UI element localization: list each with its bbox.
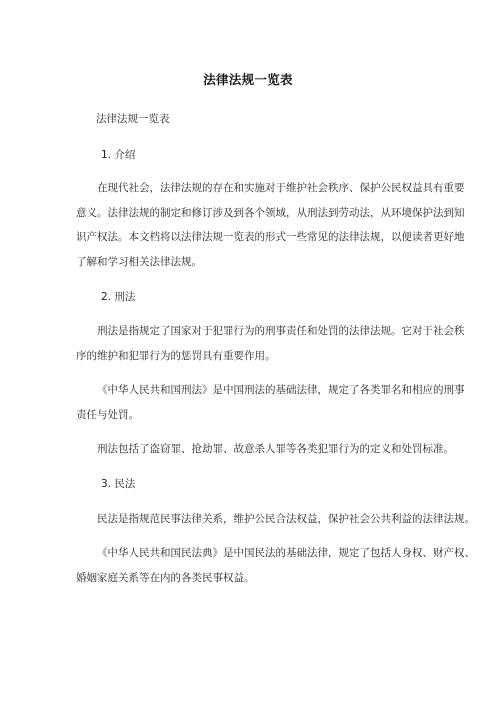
paragraph-line: 婚姻家庭关系等在内的各类民事权益。: [76, 571, 255, 585]
paragraph-line: 序的维护和犯罪行为的惩罚具有重要作用。: [76, 349, 276, 363]
document-page: 法律法规一览表 法律法规一览表 1. 介绍 在现代社会，法律法规的存在和实施对于…: [0, 0, 496, 702]
document-subtitle: 法律法规一览表: [96, 112, 170, 126]
paragraph-line: 责任与处罚。: [76, 408, 139, 422]
section-heading-introduction: 1. 介绍: [101, 148, 135, 162]
paragraph-line: 《中华人民共和国刑法》是中国刑法的基础法律，规定了各类罪名和相应的刑事: [97, 383, 465, 397]
paragraph-line: 识产权法。本文档将以法律法规一览表的形式一些常见的法律法规，以便读者更好地: [76, 230, 465, 244]
paragraph-line: 《中华人民共和国民法典》是中国民法的基础法律，规定了包括人身权、财产权、: [97, 546, 475, 560]
paragraph-line: 了解和学习相关法律法规。: [76, 255, 202, 269]
paragraph-line: 在现代社会，法律法规的存在和实施对于维护社会秩序、保护公民权益具有重要: [97, 181, 465, 195]
document-title: 法律法规一览表: [0, 70, 496, 88]
paragraph-line: 刑法包括了盗窃罪、抢劫罪、故意杀人罪等各类犯罪行为的定义和处罚标准。: [97, 442, 454, 456]
paragraph-line: 民法是指规范民事法律关系，维护公民合法权益，保护社会公共利益的法律法规。: [97, 512, 475, 526]
paragraph-line: 意义。法律法规的制定和修订涉及到各个领域，从刑法到劳动法，从环境保护法到知: [76, 206, 465, 220]
paragraph-line: 刑法是指规定了国家对于犯罪行为的刑事责任和处罚的法律法规。它对于社会秩: [97, 324, 465, 338]
section-heading-criminal-law: 2. 刑法: [101, 290, 135, 304]
section-heading-civil-law: 3. 民法: [101, 477, 135, 491]
